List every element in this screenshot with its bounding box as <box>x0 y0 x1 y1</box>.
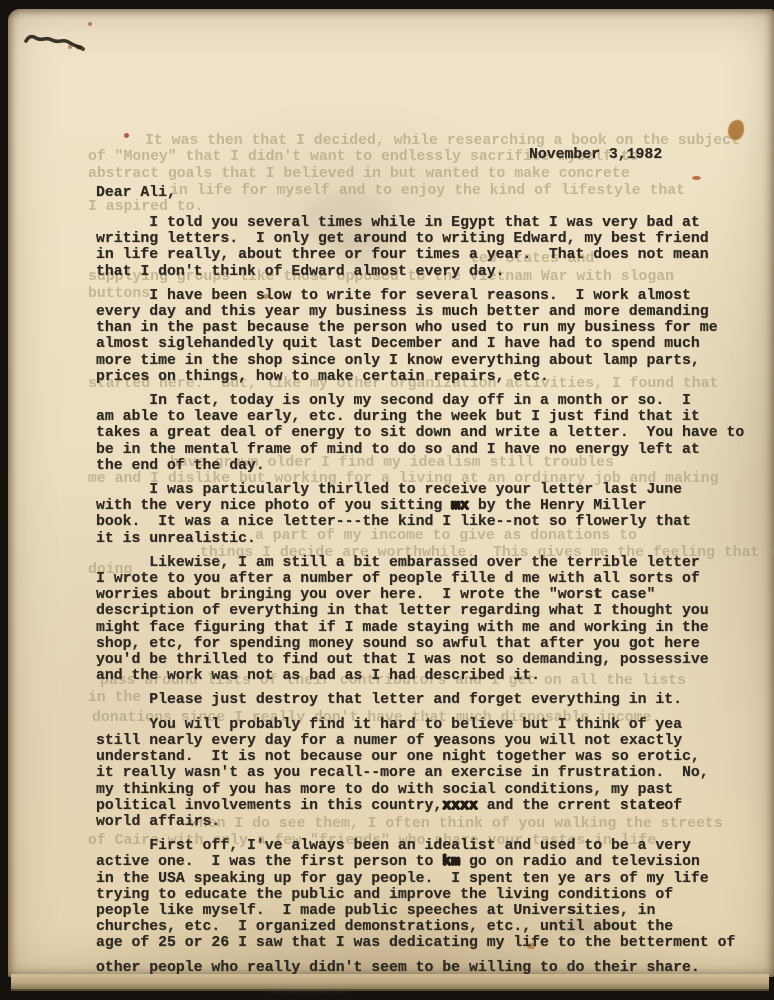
letter-line: You will probably find it hard to believ… <box>96 717 772 733</box>
letter-line: political involvements in this country,x… <box>96 798 772 814</box>
paper-stain <box>692 176 701 180</box>
letter-paragraph: Please just destroy that letter and forg… <box>96 692 772 708</box>
letter-line: almost siglehandedly quit last December … <box>96 336 772 352</box>
letter-line: every day and this year my business is m… <box>96 304 772 320</box>
scanned-letter-screenshot: { "colors": { "paper": "#ecdfc1", "ink":… <box>0 0 774 1000</box>
letter-line: be in the mental frame of mind to do so … <box>96 442 772 458</box>
letter-line: takes a great deal of energy to sit down… <box>96 425 772 441</box>
letter-date: November 3,1982 <box>529 147 662 163</box>
letter-line: I told you several times while in Egypt … <box>96 215 772 231</box>
letter-line: am able to leave early, etc. during the … <box>96 409 772 425</box>
underlying-page-edge <box>11 974 769 991</box>
overstruck-text: xxxx <box>442 798 478 814</box>
letter-paragraph: I told you several times while in Egypt … <box>96 215 772 280</box>
letter-line: my thinking of you has more to do with s… <box>96 782 772 798</box>
overstruck-text: mx <box>451 498 469 514</box>
letter-line: the end of the day. <box>96 458 772 474</box>
letter-line: still nearly every day for a numer of ye… <box>96 733 772 749</box>
letter-line: Please just destroy that letter and forg… <box>96 692 772 708</box>
letter-line: than in the past because the person who … <box>96 320 772 336</box>
letter-line: active one. I was the first person to km… <box>96 854 772 870</box>
bleedthrough-line: I aspired to. <box>88 199 203 215</box>
letter-line: First off, I've always been an idealist … <box>96 838 772 854</box>
letter-line: in life really, about three or four time… <box>96 247 772 263</box>
letter-line: might face figuring that if I made stayi… <box>96 620 772 636</box>
letter-paragraph: First off, I've always been an idealist … <box>96 838 772 951</box>
paper-stain <box>88 22 92 26</box>
letter-line: book. It was a nice letter---the kind I … <box>96 514 772 530</box>
letter-line: and the work was not as bad as I had des… <box>96 668 772 684</box>
paper-stain <box>68 45 72 49</box>
letter-line: that I don't think of Edward almost ever… <box>96 264 772 280</box>
letter-line: shop, etc, for spending money sound so a… <box>96 636 772 652</box>
letter-line: writing letters. I only get around to wr… <box>96 231 772 247</box>
letter-line: worries about bringing you over here. I … <box>96 587 772 603</box>
letter-line: I wrote to you after a number of people … <box>96 571 772 587</box>
letter-line: Likewise, I am still a bit embarassed ov… <box>96 555 772 571</box>
letter-paper: It was then that I decided, while resear… <box>8 9 774 977</box>
bleedthrough-line: abstract goals that I believed in but wa… <box>88 166 630 182</box>
letter-line: trying to educate the public and improve… <box>96 887 772 903</box>
salutation: Dear Ali, <box>96 185 176 201</box>
letter-line: prices on things, how to make certain re… <box>96 369 772 385</box>
letter-line: understand. It is not because our one ni… <box>96 749 772 765</box>
letter-line: more time in the shop since only I know … <box>96 353 772 369</box>
letter-line: churches, etc. I organized demonstration… <box>96 919 772 935</box>
overstruck-text: s <box>567 903 576 919</box>
letter-line: in the USA speaking up for gay people. I… <box>96 871 772 887</box>
overstruck-text: y <box>433 733 442 749</box>
letter-line: it really wasn't as you recall--more an … <box>96 765 772 781</box>
letter-paragraph: I was particularly thirlled to receive y… <box>96 482 772 547</box>
letter-line: with the very nice photo of you sitting … <box>96 498 772 514</box>
letter-line: age of 25 or 26 I saw that I was dedicat… <box>96 935 772 951</box>
letter-line: I was particularly thirlled to receive y… <box>96 482 772 498</box>
letter-paragraph: I have been slow to write for several re… <box>96 288 772 385</box>
letter-line: world affairs. <box>96 814 772 830</box>
letter-line: In fact, today is only my second day off… <box>96 393 772 409</box>
letter-body: I told you several times while in Egypt … <box>96 215 772 984</box>
letter-line: it is unrealistic. <box>96 531 772 547</box>
overstruck-text: km <box>442 854 460 870</box>
overstruck-text: te <box>647 798 665 814</box>
bleedthrough-line: in life for myself and to enjoy the kind… <box>170 183 685 199</box>
letter-line: people like myself. I made public speech… <box>96 903 772 919</box>
paper-stain <box>124 133 129 138</box>
letter-paragraph: In fact, today is only my second day off… <box>96 393 772 474</box>
letter-line: description of everything in that letter… <box>96 603 772 619</box>
letter-line: I have been slow to write for several re… <box>96 288 772 304</box>
letter-paragraph: Likewise, I am still a bit embarassed ov… <box>96 555 772 685</box>
letter-line: you'd be thrilled to find out that I was… <box>96 652 772 668</box>
overstruck-text: t <box>593 587 602 603</box>
letter-paragraph: You will probably find it hard to believ… <box>96 717 772 830</box>
